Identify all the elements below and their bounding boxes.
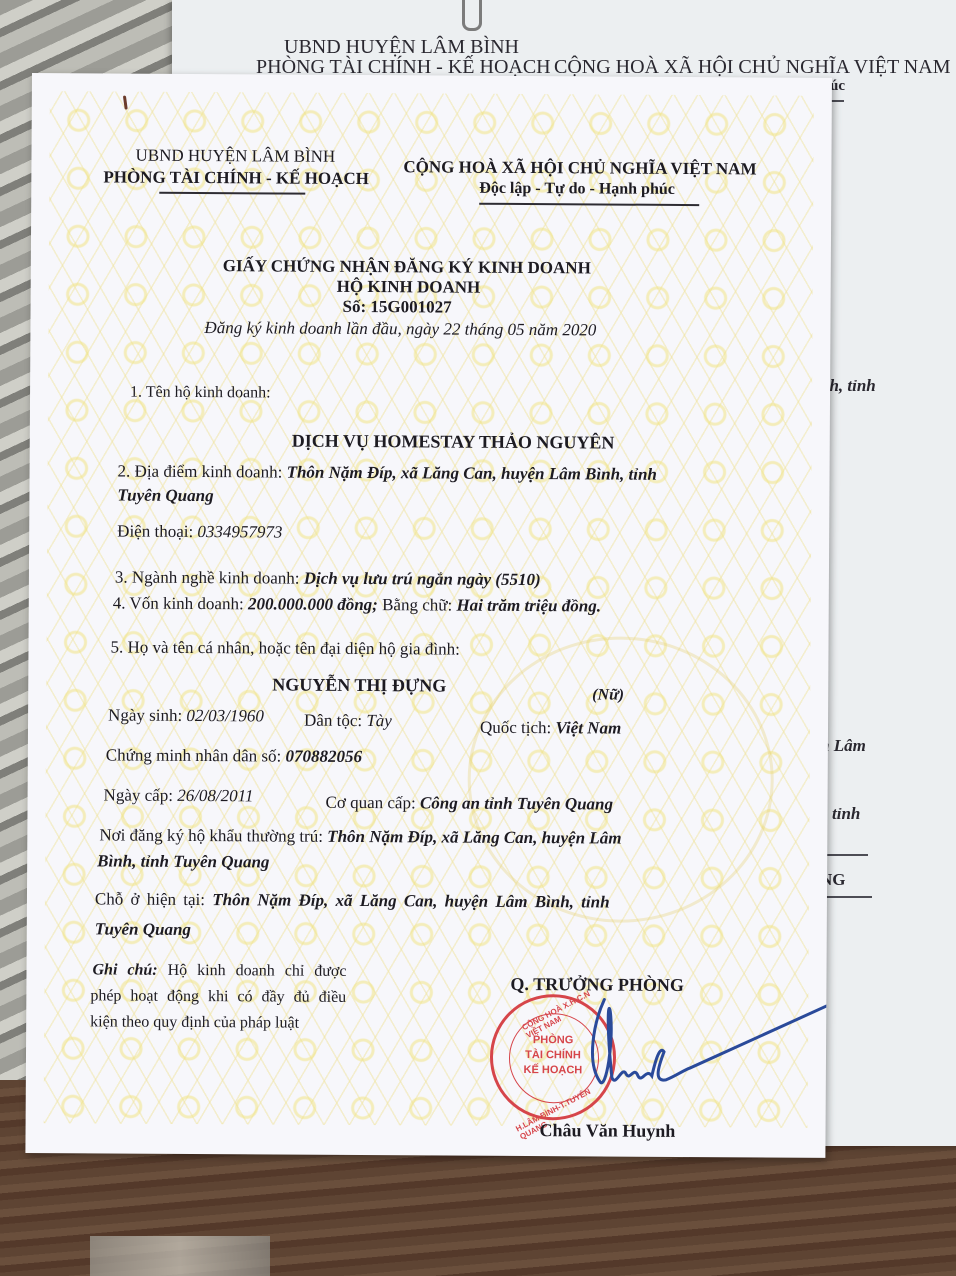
nationality-row: Quốc tịch: Việt Nam (480, 718, 621, 739)
certificate-subtitle: HỘ KINH DOANH (337, 277, 481, 298)
permanent-address-row: Nơi đăng ký hộ khẩu thường trú: Thôn Nặm… (99, 825, 621, 848)
id-label: Chứng minh nhân dân số: (106, 745, 282, 765)
capital-row: 4. Vốn kinh doanh: 200.000.000 đồng; Bằn… (113, 594, 601, 617)
business-name-label: 1. Tên hộ kinh doanh: (130, 384, 271, 403)
id-row: Chứng minh nhân dân số: 070882056 (106, 745, 362, 767)
capital-value: 200.000.000 đồng; (248, 594, 378, 614)
permanent-address-label: Nơi đăng ký hộ khẩu thường trú: (99, 825, 323, 845)
phone-value: 0334957973 (197, 522, 282, 542)
certificate-title: GIẤY CHỨNG NHẬN ĐĂNG KÝ KINH DOANH (223, 256, 591, 278)
note-line2: phép hoạt động khi có đầy đủ điều (90, 987, 346, 1007)
dob-value: 02/03/1960 (186, 706, 264, 725)
issuer-row: Cơ quan cấp: Công an tỉnh Tuyên Quang (325, 793, 613, 815)
business-name-value: DỊCH VỤ HOMESTAY THẢO NGUYÊN (292, 431, 615, 454)
location-value: Thôn Nặm Đíp, xã Lăng Can, huyện Lâm Bìn… (287, 463, 657, 484)
registration-date: Đăng ký kinh doanh lần đầu, ngày 22 thán… (204, 318, 596, 340)
industry-value: Dịch vụ lưu trú ngắn ngày (5510) (304, 569, 541, 589)
issue-date-value: 26/08/2011 (177, 786, 253, 805)
issuer-label: Cơ quan cấp: (325, 793, 415, 813)
location-value-cont: Tuyên Quang (117, 486, 213, 507)
certificate-number: Số: 15G001027 (343, 297, 452, 318)
capital-words-value: Hai trăm triệu đồng. (456, 596, 601, 616)
handwritten-signature (566, 981, 832, 1123)
national-emblem-watermark (467, 636, 775, 924)
business-registration-certificate: UBND HUYỆN LÂM BÌNH PHÒNG TÀI CHÍNH - KẾ… (25, 73, 832, 1158)
ethnicity-value: Tày (366, 711, 392, 730)
back-nation-line1: CỘNG HOÀ XÃ HỘI CHỦ NGHĨA VIỆT NAM (554, 56, 950, 79)
location-row: 2. Địa điểm kinh doanh: Thôn Nặm Đíp, xã… (118, 462, 657, 485)
back-underline (820, 896, 872, 898)
industry-label: 3. Ngành nghề kinh doanh: (115, 568, 300, 588)
note-text: Hộ kinh doanh chỉ được (168, 962, 347, 980)
nationality-value: Việt Nam (555, 718, 621, 737)
note-label: Ghi chú: (92, 961, 157, 978)
back-fragment-3: tỉnh (832, 804, 860, 824)
phone-row: Điện thoại: 0334957973 (117, 522, 282, 543)
nation-line1: CỘNG HOÀ XÃ HỘI CHỦ NGHĨA VIỆT NAM (403, 157, 756, 179)
dob-row: Ngày sinh: 02/03/1960 (108, 705, 264, 726)
phone-label: Điện thoại: (117, 522, 193, 541)
nation-motto: Độc lập - Tự do - Hạnh phúc (479, 180, 675, 199)
back-underline (830, 100, 844, 102)
dob-label: Ngày sinh: (108, 705, 182, 724)
background-plastic (90, 1236, 270, 1276)
gender: (Nữ) (592, 686, 624, 704)
permanent-address-value: Thôn Nặm Đíp, xã Lăng Can, huyện Lâm (327, 827, 621, 848)
current-address-value: Thôn Nặm Đíp, xã Lăng Can, huyện Lâm Bìn… (212, 890, 609, 911)
number-label: Số: (343, 297, 367, 316)
issuer-value: Công an tỉnh Tuyên Quang (420, 793, 613, 813)
back-nation-line2: úc (830, 78, 845, 95)
number-value: 15G001027 (370, 297, 451, 316)
current-address-value-cont: Tuyên Quang (95, 919, 191, 940)
permanent-address-value-cont: Bình, tỉnh Tuyên Quang (97, 851, 269, 872)
issue-date-row: Ngày cấp: 26/08/2011 (104, 785, 254, 806)
representative-name: NGUYỄN THỊ ĐỰNG (272, 674, 446, 696)
signer-name: Châu Văn Huynh (539, 1120, 675, 1142)
representative-label: 5. Họ và tên cá nhân, hoặc tên đại diện … (110, 637, 459, 659)
ethnicity-row: Dân tộc: Tày (304, 711, 392, 732)
current-address-row: Chỗ ở hiện tại: Thôn Nặm Đíp, xã Lăng Ca… (95, 889, 610, 912)
note-line3: kiện theo quy định của pháp luật (90, 1013, 299, 1032)
current-address-label: Chỗ ở hiện tại: (95, 889, 205, 909)
note-line1: Ghi chú: Hộ kinh doanh chỉ được (92, 961, 346, 981)
agency-line2: PHÒNG TÀI CHÍNH - KẾ HOẠCH (103, 167, 369, 189)
ethnicity-label: Dân tộc: (304, 711, 362, 730)
capital-label: 4. Vốn kinh doanh: (113, 594, 244, 614)
location-label: 2. Địa điểm kinh doanh: (118, 462, 283, 482)
nationality-label: Quốc tịch: (480, 718, 551, 737)
issue-date-label: Ngày cấp: (104, 785, 174, 804)
paper-clip-icon (462, 0, 482, 31)
id-value: 070882056 (285, 747, 362, 766)
agency-line1: UBND HUYỆN LÂM BÌNH (135, 146, 335, 167)
capital-words-label: Bằng chữ: (382, 595, 452, 614)
industry-row: 3. Ngành nghề kinh doanh: Dịch vụ lưu tr… (115, 568, 541, 591)
